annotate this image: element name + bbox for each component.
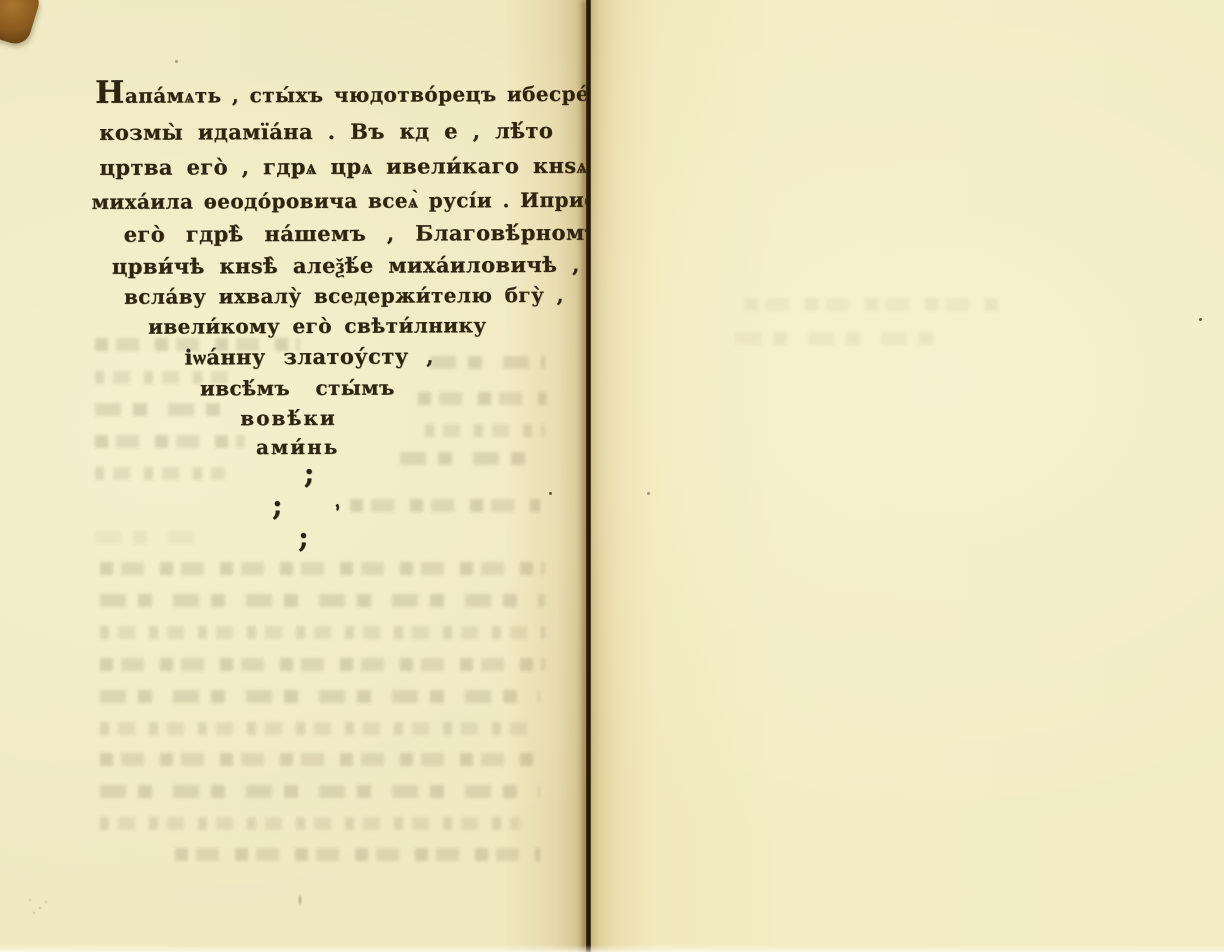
colophon-line: ами́нь xyxy=(247,435,349,459)
colophon-line: ивсѣ́мъ сты́мъ xyxy=(196,376,398,401)
catchword-smudge xyxy=(295,889,305,911)
bleedthrough-line xyxy=(745,298,1005,311)
end-ornament-mark: ; xyxy=(272,495,283,515)
bleedthrough-line xyxy=(100,690,540,703)
paper-speck xyxy=(647,492,650,495)
colophon-line: миха́ила ѳеодо́ровича всеѧ̀ русі́и . Ипр… xyxy=(92,188,552,215)
bleedthrough-line xyxy=(100,658,545,671)
bleedthrough-line xyxy=(100,817,520,830)
colophon-line: цртва его̀ , гдрѧ црѧ ивели́каго кнѕѧ xyxy=(99,153,551,181)
book-spread-photo: Напа́мѧть , сты́хъ чюдотво́рецъ ибесре́б… xyxy=(0,0,1224,952)
colophon-line: всла́ву ихвалу̀ вседержи́телю бгу̀ , xyxy=(124,283,516,309)
bleedthrough-line xyxy=(100,722,535,735)
colophon-line: козмы̀ идамїа́на . Въ кд е , лѣ́то xyxy=(99,118,547,145)
bleedthrough-line xyxy=(100,785,540,798)
end-ornament-mark: , xyxy=(328,491,343,512)
bleedthrough-line xyxy=(100,626,545,639)
bleedthrough-line xyxy=(100,753,540,766)
colophon-line: вовѣ́ки xyxy=(232,406,344,430)
end-ornament-mark: ; xyxy=(304,463,315,483)
left-page: Напа́мѧть , сты́хъ чюдотво́рецъ ибесре́б… xyxy=(0,0,586,952)
paper-speck xyxy=(1199,318,1202,321)
paper-speck xyxy=(175,60,178,63)
colophon-text-block: Напа́мѧть , сты́хъ чюдотво́рецъ ибесре́б… xyxy=(0,0,587,601)
bleedthrough-line xyxy=(735,332,950,345)
paper-speck xyxy=(549,492,552,495)
signature-smudge xyxy=(24,894,58,918)
right-page-blank xyxy=(591,0,1224,952)
colophon-line: ивели́кому его̀ свѣти́лнику xyxy=(148,313,448,338)
end-ornament-mark: ; xyxy=(298,527,309,547)
colophon-line: Напа́мѧть , сты́хъ чюдотво́рецъ ибесре́б… xyxy=(95,81,547,109)
colophon-line: іѡа́нну златоу́сту , xyxy=(184,343,434,370)
bleedthrough-line xyxy=(175,848,540,861)
colophon-line: его̀ гдрѣ̀ на́шемъ , Благовѣ́рномъ xyxy=(124,220,554,247)
colophon-line: црви́чѣ кнѕѣ̀ алеѯѣ́е миха́иловичѣ , xyxy=(112,252,526,280)
